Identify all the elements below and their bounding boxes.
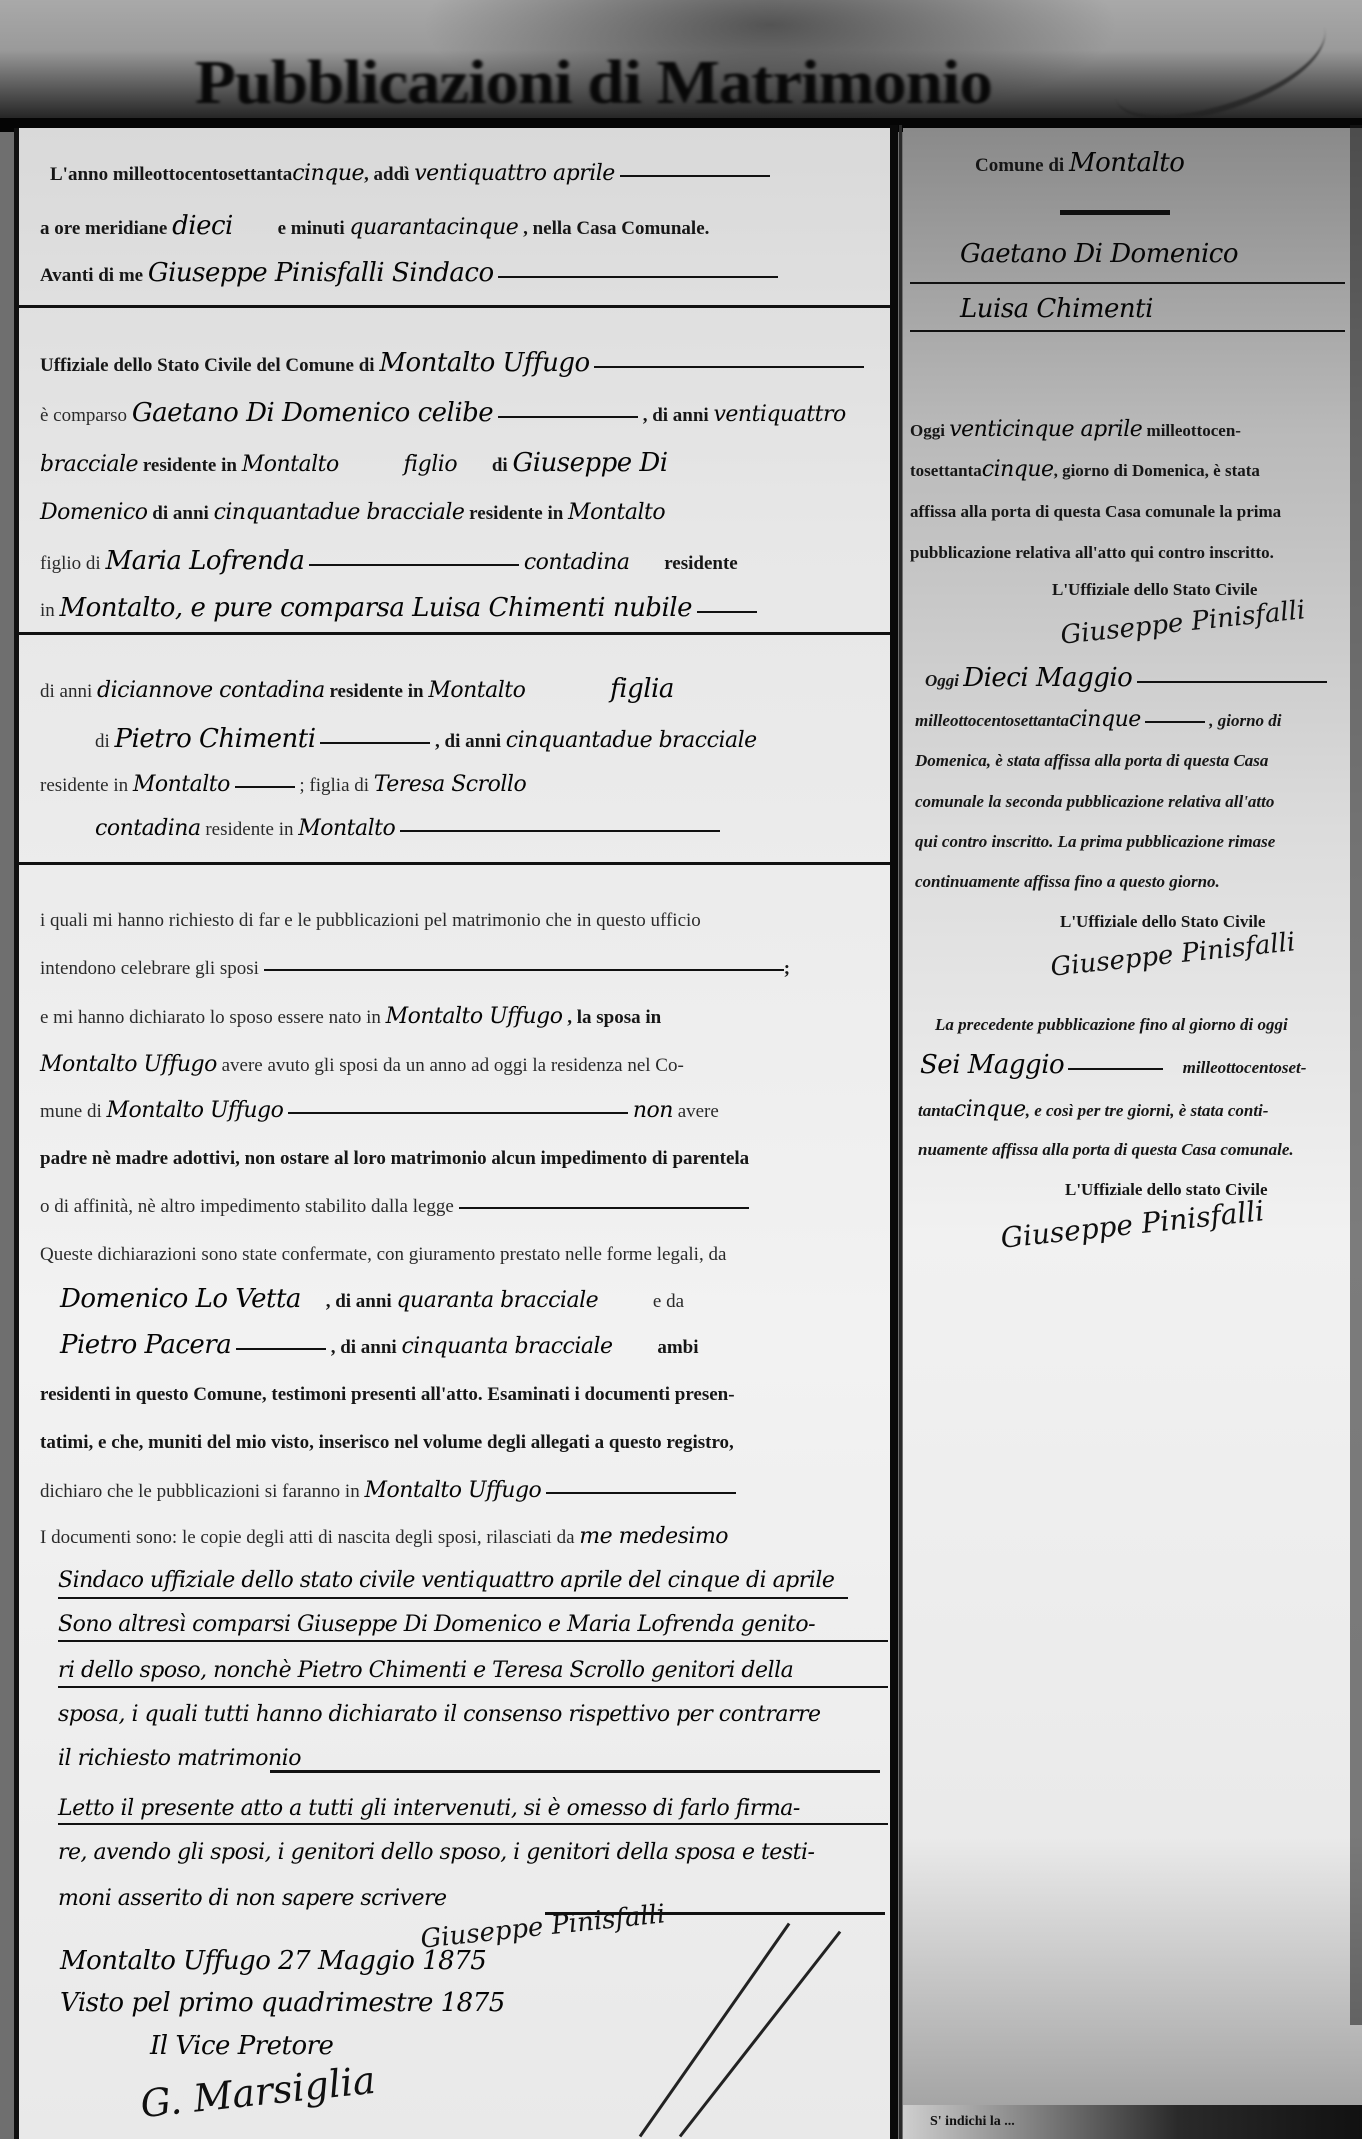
- fill-line: [697, 611, 757, 613]
- fill-line: [459, 1207, 749, 1209]
- ruled-line: [910, 330, 1345, 332]
- hw-groom-occupation: bracciale: [40, 452, 138, 477]
- fill-line: [1145, 721, 1205, 723]
- pub3-line-3: tantacinque, e così per tre giorni, è st…: [918, 1100, 1268, 1121]
- hw-groom-mother: Maria Lofrenda: [105, 546, 304, 576]
- ruled-line: [58, 1823, 888, 1825]
- decl-line-11: residenti in questo Comune, testimoni pr…: [40, 1384, 735, 1406]
- ruled-line: [58, 1597, 848, 1599]
- fill-line: [236, 1348, 326, 1350]
- pub1-line-3: affissa alla porta di questa Casa comuna…: [910, 502, 1281, 522]
- pub2-officer-label: L'Uffiziale dello Stato Civile: [1060, 912, 1265, 932]
- groom-line-2: è comparso Gaetano Di Domenico celibe , …: [40, 402, 846, 427]
- pub1-line-2: tosettantacinque, giorno di Domenica, è …: [910, 460, 1260, 481]
- witness-2-line: Pietro Pacera , di anni cinquanta bracci…: [60, 1334, 699, 1359]
- pub2-line-3: Domenica, è stata affissa alla porta di …: [915, 751, 1268, 771]
- bride-line-1: di anni diciannove contadina residente i…: [40, 678, 674, 703]
- bride-line-4: contadina residente in Montalto: [95, 818, 720, 841]
- column-divider: [890, 125, 898, 2139]
- intro-line-1: L'anno milleottocentosettantacinque, add…: [50, 163, 770, 186]
- decl-line-8: Queste dichiarazioni sono state conferma…: [40, 1244, 726, 1266]
- pub2-line-6: continuamente affissa fino a questo gior…: [915, 872, 1220, 892]
- hw-year: cinque: [292, 161, 364, 186]
- decl-line-6: padre nè madre adottivi, non ostare al l…: [40, 1148, 749, 1170]
- decl-line-12: tatimi, e che, muniti del mio visto, ins…: [40, 1432, 734, 1454]
- hw-date: ventiquattro aprile: [414, 161, 615, 186]
- ruled-line: [270, 1770, 880, 1773]
- fill-line: [400, 830, 720, 832]
- footer-place-date: Montalto Uffugo 27 Maggio 1875: [60, 1950, 486, 1972]
- hw-bride-mother: Teresa Scrollo: [374, 772, 526, 797]
- fill-line: [288, 1112, 628, 1114]
- decl-line-4: Montalto Uffugo avere avuto gli sposi da…: [40, 1054, 684, 1077]
- hw-pub1-date: venticinque aprile: [949, 417, 1142, 442]
- hw-groom-name: Gaetano Di Domenico celibe: [132, 398, 493, 428]
- hw-note-line: Sono altresì comparsi Giuseppe Di Domeni…: [58, 1614, 815, 1636]
- footer-note: S' indichi la ...: [930, 2114, 1015, 2130]
- pub3-line-1: La precedente pubblicazione fino al gior…: [935, 1015, 1288, 1035]
- left-register-page: [14, 128, 895, 2139]
- right-header: Comune di Montalto: [975, 152, 1184, 177]
- pub2-line-4: comunale la seconda pubblicazione relati…: [915, 792, 1274, 812]
- decl-line-13: dichiaro che le pubblicazioni si faranno…: [40, 1480, 736, 1503]
- hw-bride-father: Pietro Chimenti: [115, 724, 316, 754]
- bride-line-2: di Pietro Chimenti , di anni cinquantadu…: [95, 728, 757, 753]
- hw-note-line: ri dello sposo, nonchè Pietro Chimenti e…: [58, 1660, 793, 1682]
- pub2-line-2: milleottocentosettantacinque , giorno di: [915, 710, 1282, 731]
- hw-note-line: moni asserito di non sapere scrivere: [58, 1888, 447, 1910]
- ruled-line: [58, 1640, 888, 1642]
- decl-line-1: i quali mi hanno richiesto di far e le p…: [40, 910, 701, 932]
- decl-line-14: I documenti sono: le copie degli atti di…: [40, 1526, 728, 1549]
- page-title: Pubblicazioni di Matrimonio: [195, 48, 992, 119]
- fill-line: [1068, 1068, 1163, 1070]
- hw-note-line: Letto il presente atto a tutti gli inter…: [58, 1798, 800, 1820]
- ruled-line: [58, 1686, 888, 1688]
- footer-visto: Visto pel primo quadrimestre 1875: [60, 1992, 505, 2014]
- hw-hour: dieci: [172, 211, 233, 241]
- fill-line: [498, 276, 778, 278]
- fill-line: [546, 1492, 736, 1494]
- hw-comune-right: Montalto: [1069, 148, 1184, 178]
- intro-line-3: Avanti di me Giuseppe Pinisfalli Sindaco: [40, 262, 778, 287]
- pub1-line-1: Oggi venticinque aprile milleottocen-: [910, 420, 1241, 441]
- decl-line-5: mune di Montalto Uffugo non avere: [40, 1100, 719, 1123]
- scan-right-edge: [1350, 125, 1362, 2025]
- hw-pub2-date: Dieci Maggio: [963, 663, 1132, 693]
- groom-line-4: Domenico di anni cinquantadue bracciale …: [40, 502, 665, 525]
- hw-groom-father: Giuseppe Di: [512, 448, 667, 478]
- fill-line: [1137, 681, 1327, 683]
- intro-line-2: a ore meridiane dieci e minuti quarantac…: [40, 215, 709, 240]
- groom-line-5: figlio di Maria Lofrenda contadina resid…: [40, 550, 738, 575]
- fill-line: [235, 786, 295, 788]
- fill-line: [620, 175, 770, 177]
- hw-spouse-names-1: Gaetano Di Domenico: [960, 243, 1238, 265]
- hw-note-line: sposa, i quali tutti hanno dichiarato il…: [58, 1704, 821, 1726]
- hw-witness-1: Domenico Lo Vetta: [60, 1284, 301, 1314]
- pub1-line-4: pubblicazione relativa all'atto qui cont…: [910, 543, 1274, 563]
- decl-line-3: e mi hanno dichiarato lo sposo essere na…: [40, 1006, 661, 1029]
- hw-pub3-date: Sei Maggio: [920, 1050, 1064, 1080]
- hw-note-line: Sindaco uffiziale dello stato civile ven…: [58, 1570, 834, 1592]
- section-divider: [19, 632, 890, 635]
- fill-line: [498, 416, 638, 418]
- decl-line-7: o di affinità, nè altro impedimento stab…: [40, 1196, 749, 1218]
- pub3-line-2: Sei Maggio milleottocentoset-: [920, 1055, 1306, 1078]
- hw-bride-name: Montalto, e pure comparsa Luisa Chimenti…: [60, 593, 692, 623]
- fill-line: [309, 564, 519, 566]
- hw-minutes: quarantacinque: [349, 215, 518, 240]
- pub2-line-5: qui contro inscritto. La prima pubblicaz…: [915, 832, 1275, 852]
- hw-officer-name: Giuseppe Pinisfalli Sindaco: [148, 258, 494, 288]
- groom-line-6: in Montalto, e pure comparsa Luisa Chime…: [40, 597, 757, 622]
- header-underline: [1060, 210, 1170, 215]
- hw-groom-age: ventiquattro: [713, 402, 845, 427]
- groom-line-3: bracciale residente in Montalto figlio d…: [40, 452, 668, 477]
- hw-spouse-names-2: Luisa Chimenti: [960, 298, 1153, 320]
- pub3-line-4: nuamente affissa alla porta di questa Ca…: [918, 1140, 1294, 1160]
- hw-note-line: re, avendo gli sposi, i genitori dello s…: [58, 1842, 814, 1864]
- groom-line-1: Uffiziale dello Stato Civile del Comune …: [40, 352, 864, 377]
- ruled-line: [910, 282, 1345, 284]
- decl-line-2: intendono celebrare gli sposi ;: [40, 958, 790, 980]
- bride-line-3: residente in Montalto ; figlia di Teresa…: [40, 774, 526, 797]
- hw-witness-2: Pietro Pacera: [60, 1330, 231, 1360]
- hw-bride-age: diciannove contadina: [97, 678, 325, 703]
- pub2-line-1: Oggi Dieci Maggio: [925, 668, 1327, 691]
- fill-line: [320, 742, 430, 744]
- hw-comune: Montalto Uffugo: [379, 348, 589, 378]
- section-divider: [19, 862, 890, 865]
- section-divider: [19, 305, 890, 308]
- hw-note-line: il richiesto matrimonio: [58, 1748, 301, 1770]
- pub1-officer-label: L'Uffiziale dello Stato Civile: [1052, 580, 1257, 600]
- column-divider-thin: [899, 125, 902, 2139]
- witness-1-line: Domenico Lo Vetta , di anni quaranta bra…: [60, 1288, 684, 1313]
- fill-line: [594, 366, 864, 368]
- footer-role: Il Vice Pretore: [150, 2035, 333, 2057]
- fill-line: [264, 969, 784, 971]
